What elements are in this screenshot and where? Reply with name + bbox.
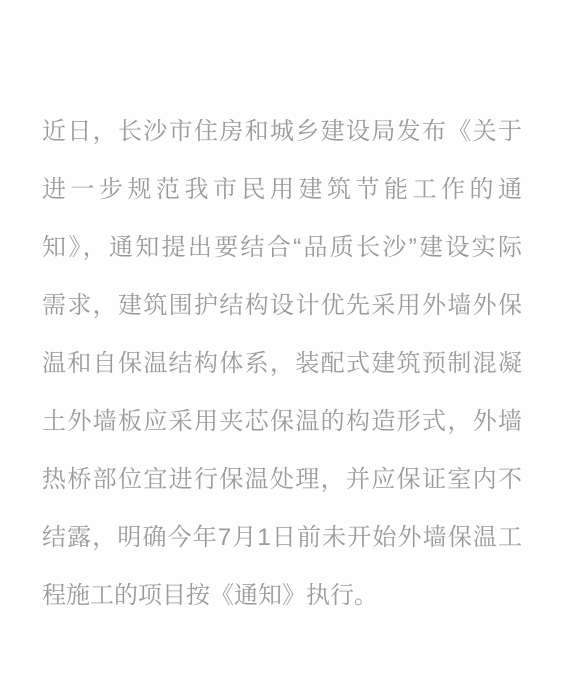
article-line: 程施工的项目按《通知》执行。 bbox=[42, 567, 522, 625]
article-line: 结露，明确今年7月1日前未开始外墙保温工 bbox=[42, 509, 522, 567]
article-line: 热桥部位宜进行保温处理，并应保证室内不 bbox=[42, 451, 522, 509]
article-line: 需求，建筑围护结构设计优先采用外墙外保 bbox=[42, 277, 522, 335]
article-line: 温和自保温结构体系，装配式建筑预制混凝 bbox=[42, 335, 522, 393]
article-page: 近日，长沙市住房和城乡建设局发布《关于 进一步规范我市民用建筑节能工作的通 知》… bbox=[0, 0, 564, 694]
article-text: 近日，长沙市住房和城乡建设局发布《关于 进一步规范我市民用建筑节能工作的通 知》… bbox=[42, 103, 522, 625]
article-line: 土外墙板应采用夹芯保温的构造形式，外墙 bbox=[42, 393, 522, 451]
article-line: 知》，通知提出要结合“品质长沙”建设实际 bbox=[42, 219, 522, 277]
article-line: 近日，长沙市住房和城乡建设局发布《关于 bbox=[42, 103, 522, 161]
article-line: 进一步规范我市民用建筑节能工作的通 bbox=[42, 161, 522, 219]
